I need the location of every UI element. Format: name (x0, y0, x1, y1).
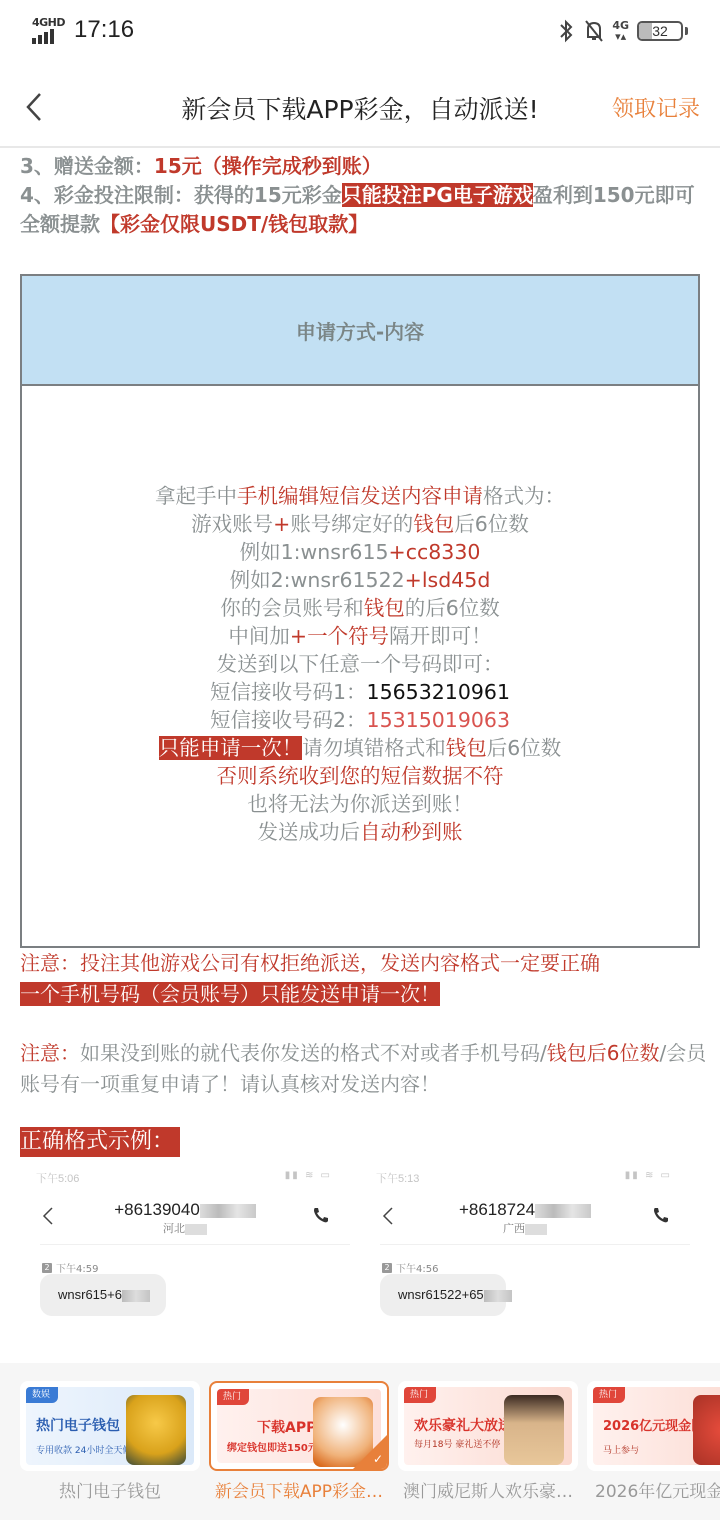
nav-header: 新会员下载APP彩金，自动派送! 领取记录 (0, 66, 720, 148)
promo-card-wallet[interactable]: 数娱 热门电子钱包 专用收款 24小时全天候 (20, 1381, 200, 1471)
promo-label-gifts[interactable]: 澳门威尼斯人欢乐豪… (398, 1477, 578, 1502)
battery-icon: 32 (637, 21, 683, 41)
status-icons: ▮▮ ≋ ▭ (625, 1170, 672, 1181)
apply-once-highlight: 只能申请一次！ (159, 736, 303, 760)
promo-card-cash-rebate[interactable]: 热门 2026亿元现金回馈 马上参与 (587, 1381, 720, 1471)
example-label: 正确格式示例： (20, 1127, 180, 1157)
sms-bubble: wnsr61522+65 (380, 1274, 506, 1316)
battery-tip (685, 27, 688, 35)
bell-off-icon (584, 18, 604, 44)
table-header: 申请方式-内容 (22, 276, 698, 386)
rule-4: 4、彩金投注限制：获得的15元彩金只能投注PG电子游戏盈利到150元即可全额提款… (20, 181, 710, 239)
application-table: 申请方式-内容 拿起手中手机编辑短信发送内容申请格式为： 游戏账号+账号绑定好的… (20, 274, 700, 948)
one-application-highlight: 一个手机号码（会员账号）只能发送申请一次！ (20, 982, 440, 1006)
chevron-left-icon[interactable] (20, 90, 50, 124)
notice-2: 注意：如果没到账的就代表你发送的格式不对或者手机号码/钱包后6位数/会员账号有一… (20, 1038, 710, 1100)
rule-3: 3、赠送金额：15元（操作完成秒到账） (20, 152, 710, 181)
example-2: 例如2:wnsr61522+lsd45d (22, 566, 698, 594)
phone-icon (312, 1206, 330, 1224)
network-label: 4GHD (32, 16, 65, 29)
status-bar: 4GHD 17:16 4G▾▴ 32 (0, 0, 720, 66)
promo-rules: 3、赠送金额：15元（操作完成秒到账） 4、彩金投注限制：获得的15元彩金只能投… (20, 152, 710, 239)
pg-only-highlight: 只能投注PG电子游戏 (342, 183, 533, 207)
signal-icon: 4GHD (32, 16, 64, 44)
bluetooth-icon (556, 18, 576, 44)
sms-screenshot-1: 下午5:06 ▮▮ ≋ ▭ +86139040 河北 2下午4:59 wnsr6… (20, 1160, 350, 1340)
usdt-note: 【彩金仅限USDT/钱包取款】 (100, 212, 368, 236)
4g-icon: 4G▾▴ (612, 20, 629, 42)
table-body: 拿起手中手机编辑短信发送内容申请格式为： 游戏账号+账号绑定好的钱包后6位数 例… (22, 386, 698, 846)
promo-card-download-app[interactable]: 热门 下载APP 绑定钱包即送150元 ✓ (209, 1381, 389, 1471)
sms-screenshot-2: 下午5:13 ▮▮ ≋ ▭ +8618724 广西 2下午4:56 wnsr61… (360, 1160, 690, 1340)
claim-records-link[interactable]: 领取记录 (612, 92, 700, 123)
promo-card-gifts[interactable]: 热门 欢乐豪礼大放送 每月18号 豪礼送不停 (398, 1381, 578, 1471)
bonus-amount: 15元（操作完成秒到账） (154, 154, 382, 178)
status-icons: ▮▮ ≋ ▭ (285, 1170, 332, 1181)
notice-1: 注意：投注其他游戏公司有权拒绝派送，发送内容格式一定要正确 一个手机号码（会员账… (20, 948, 710, 1010)
promo-label-cash-rebate[interactable]: 2026年亿元现金 (587, 1477, 720, 1502)
sms-number-1: 短信接收号码1：15653210961 (22, 678, 698, 706)
example-1: 例如1:wnsr615+cc8330 (22, 538, 698, 566)
promo-label-download-app[interactable]: 新会员下载APP彩金… (209, 1477, 389, 1502)
check-icon: ✓ (373, 1452, 383, 1466)
sms-number-2: 短信接收号码2：15315019063 (22, 706, 698, 734)
page-title: 新会员下载APP彩金，自动派送! (120, 90, 600, 126)
promo-carousel[interactable]: 数娱 热门电子钱包 专用收款 24小时全天候 热门电子钱包 热门 下载APP 绑… (0, 1363, 720, 1520)
clock: 17:16 (74, 16, 134, 44)
promo-label-wallet[interactable]: 热门电子钱包 (20, 1477, 200, 1502)
sms-bubble: wnsr615+6 (40, 1274, 166, 1316)
phone-icon (652, 1206, 670, 1224)
